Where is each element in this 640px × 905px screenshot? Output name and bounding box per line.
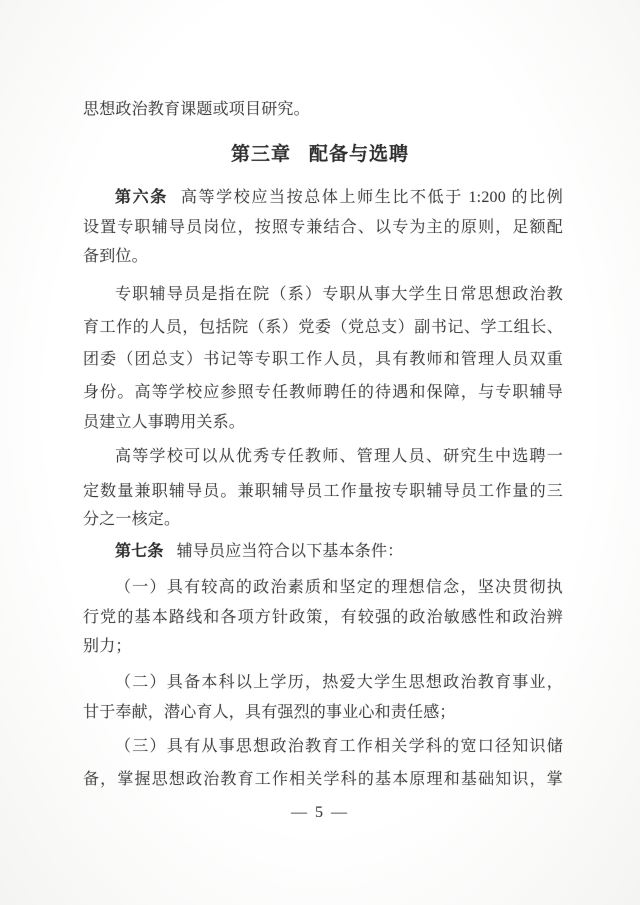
item-1-line-3: 别力； xyxy=(83,635,563,659)
fulltime-para-line-1: 专职辅导员是指在院（系）专职从事大学生日常思想政治教 xyxy=(83,283,563,307)
article-6-line-2: 设置专职辅导员岗位，按照专兼结合、以专为主的原则，足额配 xyxy=(83,216,563,240)
fulltime-para-line-2: 育工作的人员，包括院（系）党委（党总支）副书记、学工组长、 xyxy=(83,316,563,340)
fulltime-para-line-3: 团委（团总支）书记等专职工作人员，具有教师和管理人员双重 xyxy=(83,348,563,372)
chapter-heading: 第三章配备与选聘 xyxy=(0,141,640,169)
chapter-title: 配备与选聘 xyxy=(309,144,409,165)
fulltime-para-line-5: 员建立人事聘用关系。 xyxy=(83,411,563,435)
item-1-line-1: （一）具有较高的政治素质和坚定的理想信念，坚决贯彻执 xyxy=(83,576,563,600)
item-2-line-2: 甘于奉献，潜心育人，具有强烈的事业心和责任感； xyxy=(83,701,563,725)
item-2-line-1: （二）具备本科以上学历，热爱大学生思想政治教育事业， xyxy=(83,671,563,695)
parttime-para-line-2: 定数量兼职辅导员。兼职辅导员工作量按专职辅导员工作量的三 xyxy=(83,480,563,504)
parttime-para-line-3: 分之一核定。 xyxy=(83,508,563,532)
item-3-line-2: 备，掌握思想政治教育工作相关学科的基本原理和基础知识，掌 xyxy=(83,768,563,792)
article-6-number: 第六条 xyxy=(115,189,168,206)
document-page: 思想政治教育课题或项目研究。 第三章配备与选聘 第六条高等学校应当按总体上师生比… xyxy=(0,0,640,905)
fulltime-para-line-4: 身份。高等学校应参照专任教师聘任的待遇和保障，与专职辅导 xyxy=(83,381,563,405)
item-1-line-2: 行党的基本路线和各项方针政策，有较强的政治敏感性和政治辨 xyxy=(83,606,563,630)
item-3-line-1: （三）具有从事思想政治教育工作相关学科的宽口径知识储 xyxy=(83,735,563,759)
article-7-line-1-text: 辅导员应当符合以下基本条件： xyxy=(177,543,404,560)
article-7-number: 第七条 xyxy=(115,543,164,560)
article-6-line-3: 备到位。 xyxy=(83,245,563,269)
chapter-number: 第三章 xyxy=(231,144,291,165)
page-number: — 5 — xyxy=(0,801,640,825)
article-7-line-1: 第七条辅导员应当符合以下基本条件： xyxy=(83,540,563,564)
article-6-line-1: 第六条高等学校应当按总体上师生比不低于 1:200 的比例 xyxy=(83,186,563,210)
article-6-line-1-text: 高等学校应当按总体上师生比不低于 1:200 的比例 xyxy=(181,189,563,206)
carryover-line: 思想政治教育课题或项目研究。 xyxy=(83,98,563,122)
parttime-para-line-1: 高等学校可以从优秀专任教师、管理人员、研究生中选聘一 xyxy=(83,445,563,469)
